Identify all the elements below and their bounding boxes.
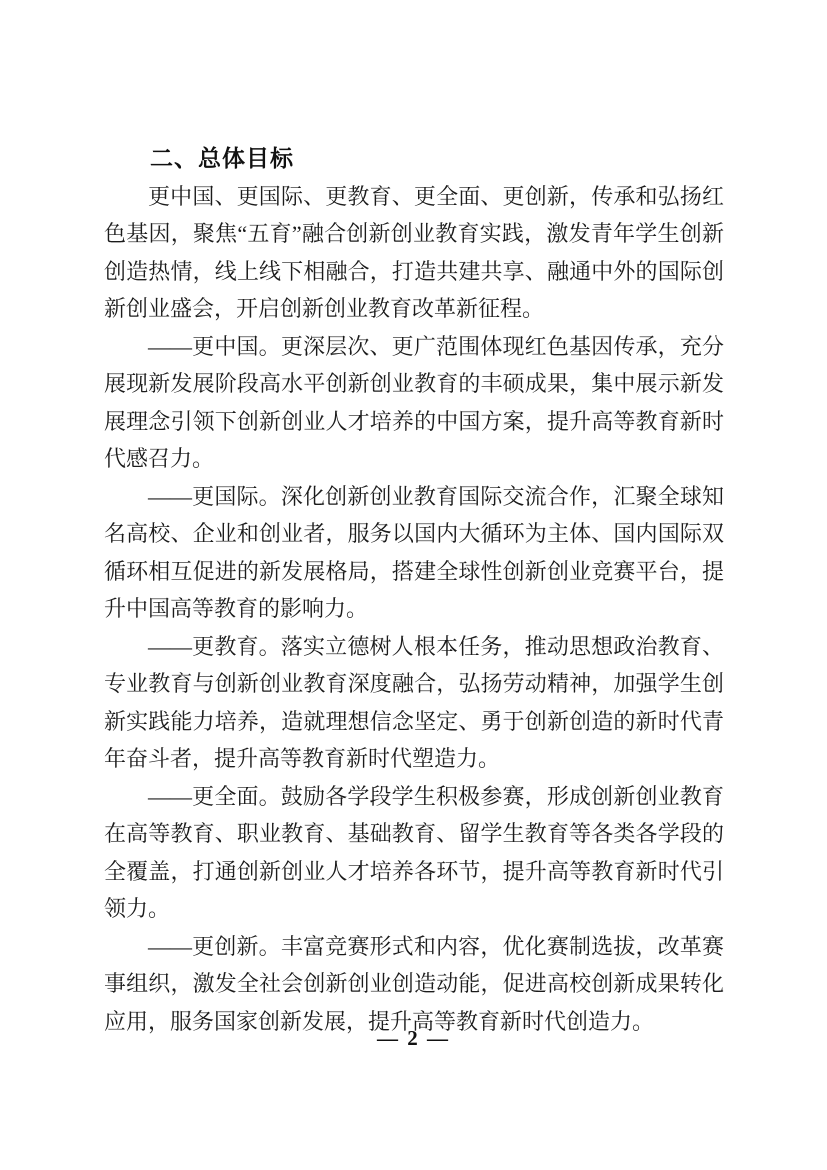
body-paragraph-more-education: ——更教育。落实立德树人根本任务，推动思想政治教育、专业教育与创新创业教育深度融…	[104, 628, 724, 778]
document-body: 二、总体目标 更中国、更国际、更教育、更全面、更创新，传承和弘扬红色基因，聚焦“…	[104, 140, 724, 1040]
body-paragraph-more-innovative: ——更创新。丰富竞赛形式和内容，优化赛制选拔，改革赛事组织，激发全社会创新创业创…	[104, 928, 724, 1041]
body-paragraph-more-china: ——更中国。更深层次、更广范围体现红色基因传承，充分展现新发展阶段高水平创新创业…	[104, 328, 724, 478]
body-paragraph-overview: 更中国、更国际、更教育、更全面、更创新，传承和弘扬红色基因，聚焦“五育”融合创新…	[104, 178, 724, 328]
body-paragraph-more-international: ——更国际。深化创新创业教育国际交流合作，汇聚全球知名高校、企业和创业者，服务以…	[104, 478, 724, 628]
body-paragraph-more-comprehensive: ——更全面。鼓励各学段学生积极参赛，形成创新创业教育在高等教育、职业教育、基础教…	[104, 778, 724, 928]
document-page: 二、总体目标 更中国、更国际、更教育、更全面、更创新，传承和弘扬红色基因，聚焦“…	[0, 0, 827, 1170]
page-number: — 2 —	[0, 1026, 827, 1051]
section-heading: 二、总体目标	[104, 140, 724, 178]
